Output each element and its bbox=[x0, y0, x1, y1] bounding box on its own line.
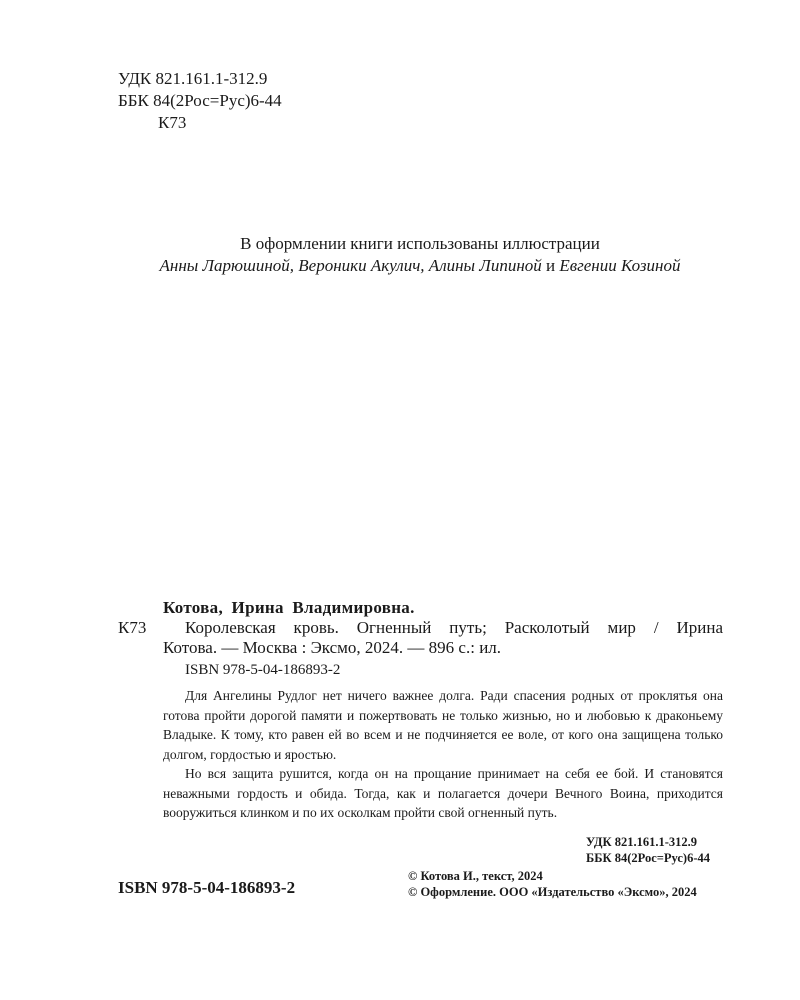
catalog-title-line1: Королевская кровь. Огненный путь; Раскол… bbox=[163, 618, 723, 638]
header-classification-codes: УДК 821.161.1-312.9 ББК 84(2Рос=Рус)6-44… bbox=[118, 68, 282, 134]
udk-code: УДК 821.161.1-312.9 bbox=[118, 68, 282, 90]
copyright-block: © Котова И., текст, 2024 © Оформление. О… bbox=[408, 868, 697, 900]
copyright-design: © Оформление. ООО «Издательство «Эксмо»,… bbox=[408, 884, 697, 900]
illustrations-credit: В оформлении книги использованы иллюстра… bbox=[0, 233, 800, 277]
catalog-author: Котова, Ирина Владимировна. bbox=[163, 598, 415, 618]
illustrators-names: Анны Ларюшиной, Вероники Акулич, Алины Л… bbox=[0, 255, 800, 277]
catalog-title-text: Королевская кровь. Огненный путь; Раскол… bbox=[185, 618, 723, 637]
catalog-title-line2: Котова. — Москва : Эксмо, 2024. — 896 с.… bbox=[163, 638, 501, 658]
bbk-code: ББК 84(2Рос=Рус)6-44 bbox=[118, 90, 282, 112]
illustrators-part1: Анны Ларюшиной, Вероники Акулич, Алины Л… bbox=[160, 256, 542, 275]
catalog-isbn: ISBN 978-5-04-186893-2 bbox=[185, 662, 340, 679]
illustrators-conj: и bbox=[542, 256, 560, 275]
catalog-udk: УДК 821.161.1-312.9 bbox=[586, 834, 710, 850]
annotation-paragraph-1: Для Ангелины Рудлог нет ничего важнее до… bbox=[163, 686, 723, 764]
copyright-text: © Котова И., текст, 2024 bbox=[408, 868, 697, 884]
catalog-bbk: ББК 84(2Рос=Рус)6-44 bbox=[586, 850, 710, 866]
author-mark: К73 bbox=[118, 112, 282, 134]
illustrations-line: В оформлении книги использованы иллюстра… bbox=[0, 233, 800, 255]
catalog-annotation: Для Ангелины Рудлог нет ничего важнее до… bbox=[163, 686, 723, 823]
annotation-paragraph-2: Но вся защита рушится, когда он на проща… bbox=[163, 764, 723, 823]
illustrators-part2: Евгении Козиной bbox=[559, 256, 680, 275]
footer-isbn: ISBN 978-5-04-186893-2 bbox=[118, 878, 295, 898]
catalog-author-mark: К73 bbox=[118, 618, 146, 638]
catalog-codes: УДК 821.161.1-312.9 ББК 84(2Рос=Рус)6-44 bbox=[586, 834, 710, 866]
